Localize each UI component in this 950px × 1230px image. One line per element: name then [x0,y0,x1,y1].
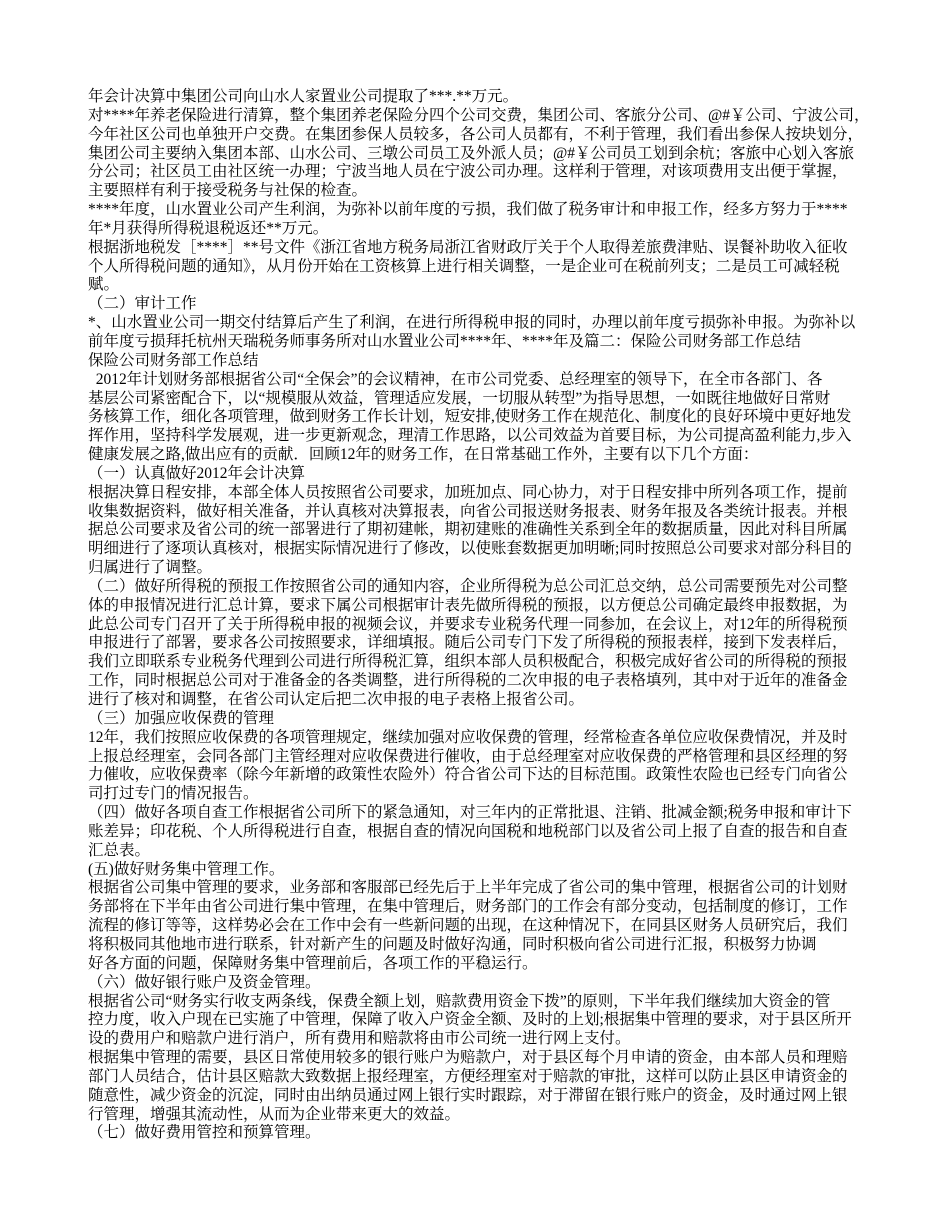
text-line: 基层公司紧密配合下，以“规模服从效益，管理适应发展，一切服从转型”为指导思想，一… [88,390,874,409]
text-line: （一）认真做好2012年会计决算 [88,465,874,484]
text-line: 流程的修订等等，这样势必会在工作中会有一些新问题的出现，在这种情况下，在同县区财… [88,917,874,936]
text-line: 设的费用户和赔款户进行消户，所有费用和赔款将由市公司统一进行网上支付。 [88,1030,874,1049]
text-line: 挥作用，坚持科学发展观，进一步更新观念，理清工作思路，以公司效益为首要目标，为公… [88,427,874,446]
text-line: 个人所得税问题的通知》，从月份开始在工资核算上进行相关调整，一是企业可在税前列支… [88,258,874,277]
text-line: 今年社区公司也单独开户交费。在集团参保人员较多，各公司人员都有，不利于管理，我们… [88,126,874,145]
text-line: *、山水置业公司一期交付结算后产生了利润，在进行所得税申报的同时，办理以前年度亏… [88,314,874,333]
text-line: 控力度，收入户现在已实施了中管理，保障了收入户资金全额、及时的上划;根据集中管理… [88,1011,874,1030]
text-line: 主要照样有利于接受税务与社保的检查。 [88,182,874,201]
text-line: 赋。 [88,276,874,295]
text-line: ****年度，山水置业公司产生利润，为弥补以前年度的亏损，我们做了税务审计和申报… [88,201,874,220]
text-line: 根据省公司集中管理的要求，业务部和客服部已经先后于上半年完成了省公司的集中管理，… [88,879,874,898]
text-line: （二）审计工作 [88,295,874,314]
text-line: 归属进行了调整。 [88,559,874,578]
text-line: 将积极同其他地市进行联系，针对新产生的问题及时做好沟通，同时积极向省公司进行汇报… [88,936,874,955]
text-line: （三）加强应收保费的管理 [88,710,874,729]
text-line: 体的申报情况进行汇总计算，要求下属公司根据审计表先做所得税的预报，以方便总公司确… [88,597,874,616]
text-line: 据总公司要求及省公司的统一部署进行了期初建帐，期初建账的准确性关系到全年的数据质… [88,521,874,540]
text-line: 务核算工作，细化各项管理，做到财务工作长计划，短安排,使财务工作在规范化、制度化… [88,408,874,427]
text-line: 好各方面的问题，保障财务集中管理前后，各项工作的平稳运行。 [88,955,874,974]
text-line: 年会计决算中集团公司向山水人家置业公司提取了***.**万元。 [88,88,874,107]
text-line: 根据省公司“财务实行收支两条线，保费全额上划，赔款费用资金下拨”的原则，下半年我… [88,993,874,1012]
text-line: （四）做好各项自查工作根据省公司所下的紧急通知，对三年内的正常批退、注销、批减金… [88,804,874,823]
text-line: 司打过专门的情况报告。 [88,785,874,804]
text-line: 明细进行了逐项认真核对，根据实际情况进行了修改，以使账套数据更加明晰;同时按照总… [88,540,874,559]
text-line: 根据集中管理的需要，县区日常使用较多的银行账户为赔款户，对于县区每个月申请的资金… [88,1049,874,1068]
text-line: 力催收，应收保费率（除今年新增的政策性农险外）符合省公司下达的目标范围。政策性农… [88,766,874,785]
text-line: 前年度亏损拜托杭州天瑞税务师事务所对山水置业公司****年、****年及篇二：保… [88,333,874,352]
text-line: 根据决算日程安排，本部全体人员按照省公司要求，加班加点、同心协力，对于日程安排中… [88,484,874,503]
text-line: 健康发展之路,做出应有的贡献．回顾12年的财务工作，在日常基础工作外，主要有以下… [88,446,874,465]
text-line: 分公司；社区员工由社区统一办理；宁波当地人员在宁波公司办理。这样利于管理，对该项… [88,163,874,182]
text-line: 行管理，增强其流动性，从而为企业带来更大的效益。 [88,1106,874,1125]
text-line: 务部将在下半年由省公司进行集中管理，在集中管理后，财务部门的工作会有部分变动，包… [88,898,874,917]
text-line: 我们立即联系专业税务代理到公司进行所得税汇算，组织本部人员积极配合，积极完成好省… [88,653,874,672]
text-line: 进行了核对和调整，在省公司认定后把二次申报的电子表格上报省公司。 [88,691,874,710]
text-line: 部门人员结合，估计县区赔款大致数据上报经理室，方便经理室对于赔款的审批，这样可以… [88,1068,874,1087]
text-line: 汇总表。 [88,842,874,861]
text-line: 账差异；印花税、个人所得税进行自查，根据自查的情况向国税和地税部门以及省公司上报… [88,823,874,842]
text-line: 保险公司财务部工作总结 [88,352,874,371]
text-line: （二）做好所得税的预报工作按照省公司的通知内容，企业所得税为总公司汇总交纳，总公… [88,578,874,597]
text-line: 随意性，减少资金的沉淀，同时由出纳员通过网上银行实时跟踪，对于滞留在银行账户的资… [88,1087,874,1106]
text-line: 集团公司主要纳入集团本部、山水公司、三墩公司员工及外派人员；@#￥公司员工划到余… [88,145,874,164]
text-line: 年*月获得所得税退税返还**万元。 [88,220,874,239]
text-line: 申报进行了部署，要求各公司按照要求，详细填报。随后公司专门下发了所得税的预报表样… [88,634,874,653]
text-line: 工作，同时根据总公司对于准备金的各类调整，进行所得税的二次申报的电子表格填列，其… [88,672,874,691]
text-line: 12年，我们按照应收保费的各项管理规定，继续加强对应收保费的管理，经常检查各单位… [88,729,874,748]
text-line: 此总公司专门召开了关于所得税申报的视频会议，并要求专业税务代理一同参加，在会议上… [88,616,874,635]
text-line: 收集数据资料，做好相关准备，并认真核对决算报表，向省公司报送财务报表、财务年报及… [88,503,874,522]
document-page: 年会计决算中集团公司向山水人家置业公司提取了***.**万元。对****年养老保… [0,0,950,1230]
text-line: 上报总经理室，会同各部门主管经理对应收保费进行催收，由于总经理室对应收保费的严格… [88,748,874,767]
text-line: 对****年养老保险进行清算，整个集团养老保险分四个公司交费，集团公司、客旅分公… [88,107,874,126]
text-line: 2012年计划财务部根据省公司“全保会”的会议精神，在市公司党委、总经理室的领导… [88,371,874,390]
text-line: （六）做好银行账户及资金管理。 [88,974,874,993]
text-line: (五)做好财务集中管理工作。 [88,861,874,880]
text-line: （七）做好费用管控和预算管理。 [88,1124,874,1143]
text-line: 根据浙地税发［****］**号文件《浙江省地方税务局浙江省财政厅关于个人取得差旅… [88,239,874,258]
document-body: 年会计决算中集团公司向山水人家置业公司提取了***.**万元。对****年养老保… [88,88,874,1143]
